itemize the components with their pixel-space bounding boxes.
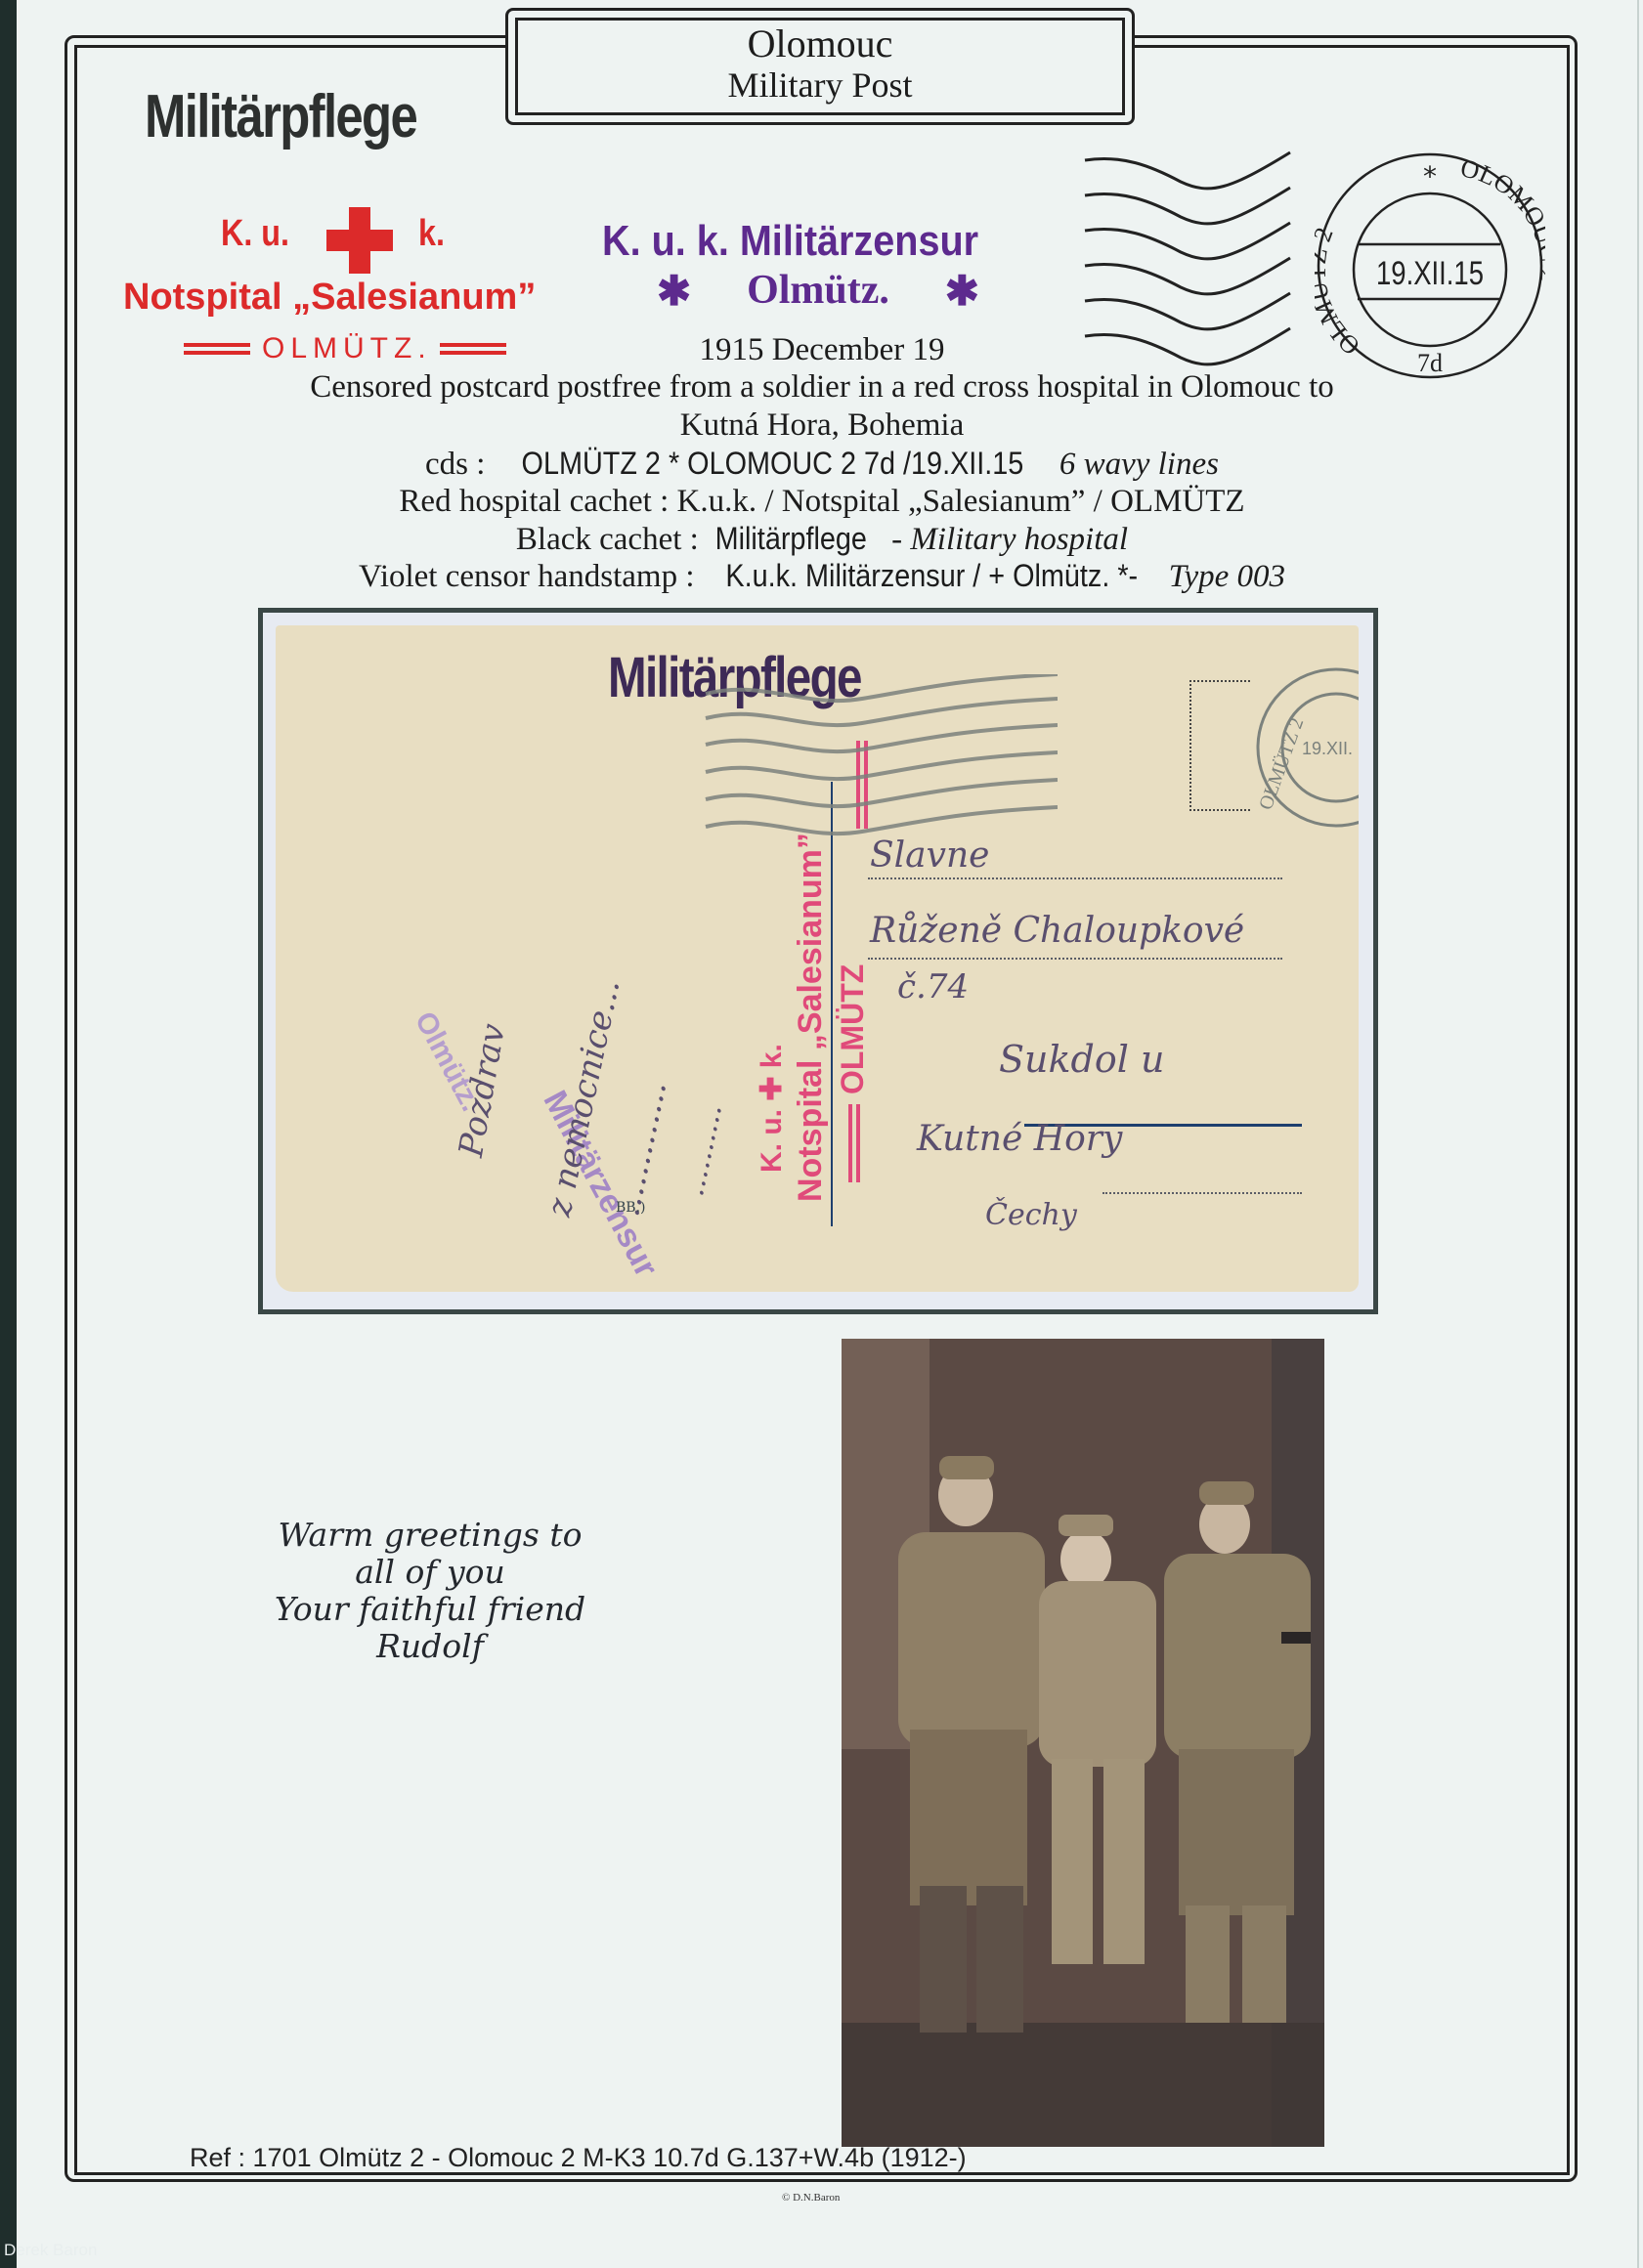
- red-cachet-kuk-left: K. u.: [221, 213, 289, 255]
- title-box-inner: Olomouc Military Post: [515, 18, 1125, 115]
- scan-edge-left: [0, 0, 17, 2268]
- address-line-3: č.74: [897, 967, 969, 1006]
- page-subtitle: Military Post: [518, 65, 1122, 105]
- greeting-signature: Rudolf: [225, 1628, 635, 1665]
- reference-line: Ref : 1701 Olmütz 2 - Olomouc 2 M-K3 10.…: [190, 2143, 967, 2173]
- address-line-4: Sukdol u: [999, 1038, 1164, 1081]
- star-icon: *: [1423, 160, 1437, 193]
- violet-censor-line2: ✱ Olmütz. ✱: [657, 267, 979, 316]
- red-cachet-kuk-right: k.: [418, 213, 445, 255]
- red-cachet-kuk: K. u. k.: [221, 207, 455, 276]
- violet-censor-label: Violet censor handstamp :: [359, 559, 703, 594]
- postcard-stamp-red-line1: K. u. ✚ k.: [755, 1044, 789, 1173]
- greeting-line: Your faithful friend: [225, 1591, 635, 1628]
- violet-censor-value: K.u.k. Militärzensur / + Olmütz. *-: [725, 558, 1138, 593]
- black-cachet-militarpflege: Militärpflege: [145, 82, 416, 151]
- postcard-stamp-box: [1189, 680, 1250, 811]
- svg-text:OLMÜTZ 2: OLMÜTZ 2: [1254, 714, 1308, 812]
- item-red-cachet-line: Red hospital cachet : K.u.k. / Notspital…: [74, 484, 1570, 519]
- item-violet-censor-line: Violet censor handstamp : K.u.k. Militär…: [74, 558, 1570, 594]
- item-description-line2: Kutná Hora, Bohemia: [74, 407, 1570, 443]
- copyright: © D.N.Baron: [782, 2192, 840, 2204]
- page-title: Olomouc: [518, 22, 1122, 65]
- cds-note: 6 wavy lines: [1059, 447, 1219, 482]
- postcard-postmark: 19.XII. OLMÜTZ 2: [1243, 664, 1359, 831]
- photo-figures: [842, 1339, 1324, 2147]
- address-line-6: Čechy: [985, 1198, 1077, 1232]
- address-line-1: Slavne: [870, 835, 989, 876]
- address-line-5: Kutné Hory: [917, 1119, 1122, 1159]
- postcard-wavy-cancel: [608, 674, 1058, 840]
- cds-value: OLMÜTZ 2 * OLOMOUC 2 7d /19.XII.15: [521, 446, 1023, 481]
- greeting-line: Warm greetings to: [225, 1517, 635, 1554]
- item-cds-line: cds : OLMÜTZ 2 * OLOMOUC 2 7d /19.XII.15…: [74, 446, 1570, 482]
- postcard-divider: [831, 782, 833, 1226]
- printer-mark: BB.): [616, 1200, 646, 1216]
- postcard-stamp-red-line2: Notspital „Salesianum”: [792, 833, 830, 1202]
- postcard-stamp-red-line3: OLMÜTZ: [835, 964, 871, 1094]
- svg-text:19.XII.: 19.XII.: [1302, 739, 1353, 758]
- violet-censor-line1: K. u. k. Militärzensur: [602, 217, 978, 266]
- red-cachet-notspital: Notspital „Salesianum”: [123, 277, 536, 319]
- item-black-cachet-line: Black cachet : Militärpflege - Military …: [74, 521, 1570, 557]
- black-cachet-note: - Military hospital: [891, 522, 1128, 557]
- handwritten-message: .............: [608, 1078, 674, 1220]
- address-line-2: Růženě Chaloupkové: [870, 911, 1244, 951]
- postmark-date: 19.XII.15: [1376, 255, 1484, 292]
- postcard-image: Militärpflege K. u. ✚ k. Notspital „Sale…: [276, 625, 1359, 1292]
- watermark: Derek Baron: [4, 2241, 97, 2260]
- black-cachet-label: Black cachet :: [516, 522, 707, 557]
- soldiers-photograph: [842, 1339, 1324, 2147]
- star-icon: ✱: [657, 267, 691, 316]
- violet-censor-note: Type 003: [1169, 559, 1285, 594]
- handwritten-message: ..........: [676, 1101, 729, 1200]
- scan-edge-right: [1637, 0, 1639, 2268]
- greeting-text: Warm greetings to all of you Your faithf…: [225, 1517, 635, 1665]
- greeting-line: all of you: [225, 1554, 635, 1591]
- item-description-line1: Censored postcard postfree from a soldie…: [74, 369, 1570, 405]
- postcard-red-double-rule: [848, 1104, 860, 1182]
- black-cachet-value: Militärpflege: [715, 521, 867, 556]
- cds-label: cds :: [425, 447, 494, 482]
- item-date: 1915 December 19: [74, 332, 1570, 367]
- red-cross-icon: [326, 207, 393, 274]
- star-icon: ✱: [945, 267, 979, 316]
- violet-censor-city: Olmütz.: [747, 267, 889, 316]
